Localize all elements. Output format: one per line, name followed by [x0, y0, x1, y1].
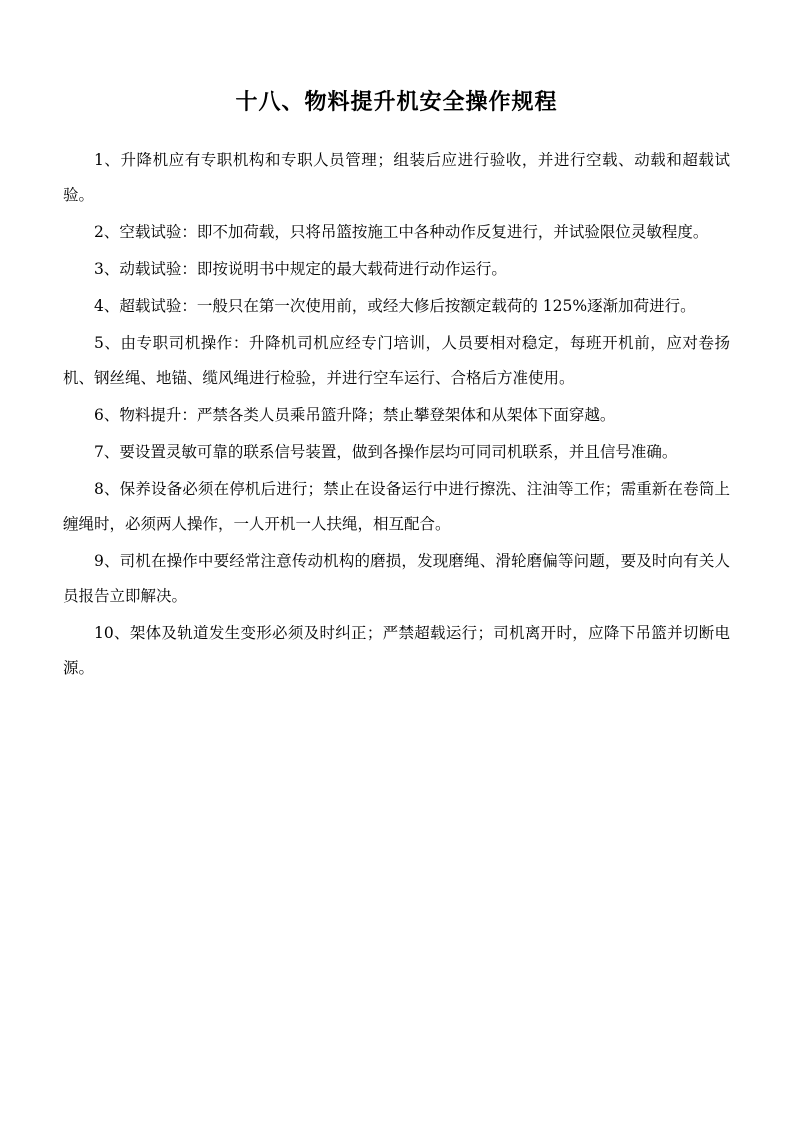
paragraph-1: 1、升降机应有专职机构和专职人员管理；组装后应进行验收，并进行空载、动载和超载试… [63, 143, 730, 213]
paragraph-5: 5、由专职司机操作：升降机司机应经专门培训，人员要相对稳定，每班开机前，应对卷扬… [63, 326, 730, 396]
paragraph-6: 6、物料提升：严禁各类人员乘吊篮升降；禁止攀登架体和从架体下面穿越。 [63, 398, 730, 433]
document-title: 十八、物料提升机安全操作规程 [63, 88, 730, 118]
document-page: 十八、物料提升机安全操作规程 1、升降机应有专职机构和专职人员管理；组装后应进行… [0, 0, 793, 1122]
paragraph-3: 3、动载试验：即按说明书中规定的最大载荷进行动作运行。 [63, 252, 730, 287]
paragraph-10: 10、架体及轨道发生变形必须及时纠正；严禁超载运行；司机离开时，应降下吊篮并切断… [63, 616, 730, 686]
paragraph-8: 8、保养设备必须在停机后进行；禁止在设备运行中进行擦洗、注油等工作；需重新在卷筒… [63, 472, 730, 542]
paragraph-2: 2、空载试验：即不加荷载，只将吊篮按施工中各种动作反复进行，并试验限位灵敏程度。 [63, 215, 730, 250]
paragraph-7: 7、要设置灵敏可靠的联系信号装置，做到各操作层均可同司机联系，并且信号准确。 [63, 435, 730, 470]
paragraph-4: 4、超载试验：一般只在第一次使用前，或经大修后按额定载荷的 125%逐渐加荷进行… [63, 289, 730, 324]
paragraph-9: 9、司机在操作中要经常注意传动机构的磨损，发现磨绳、滑轮磨偏等问题，要及时向有关… [63, 544, 730, 614]
